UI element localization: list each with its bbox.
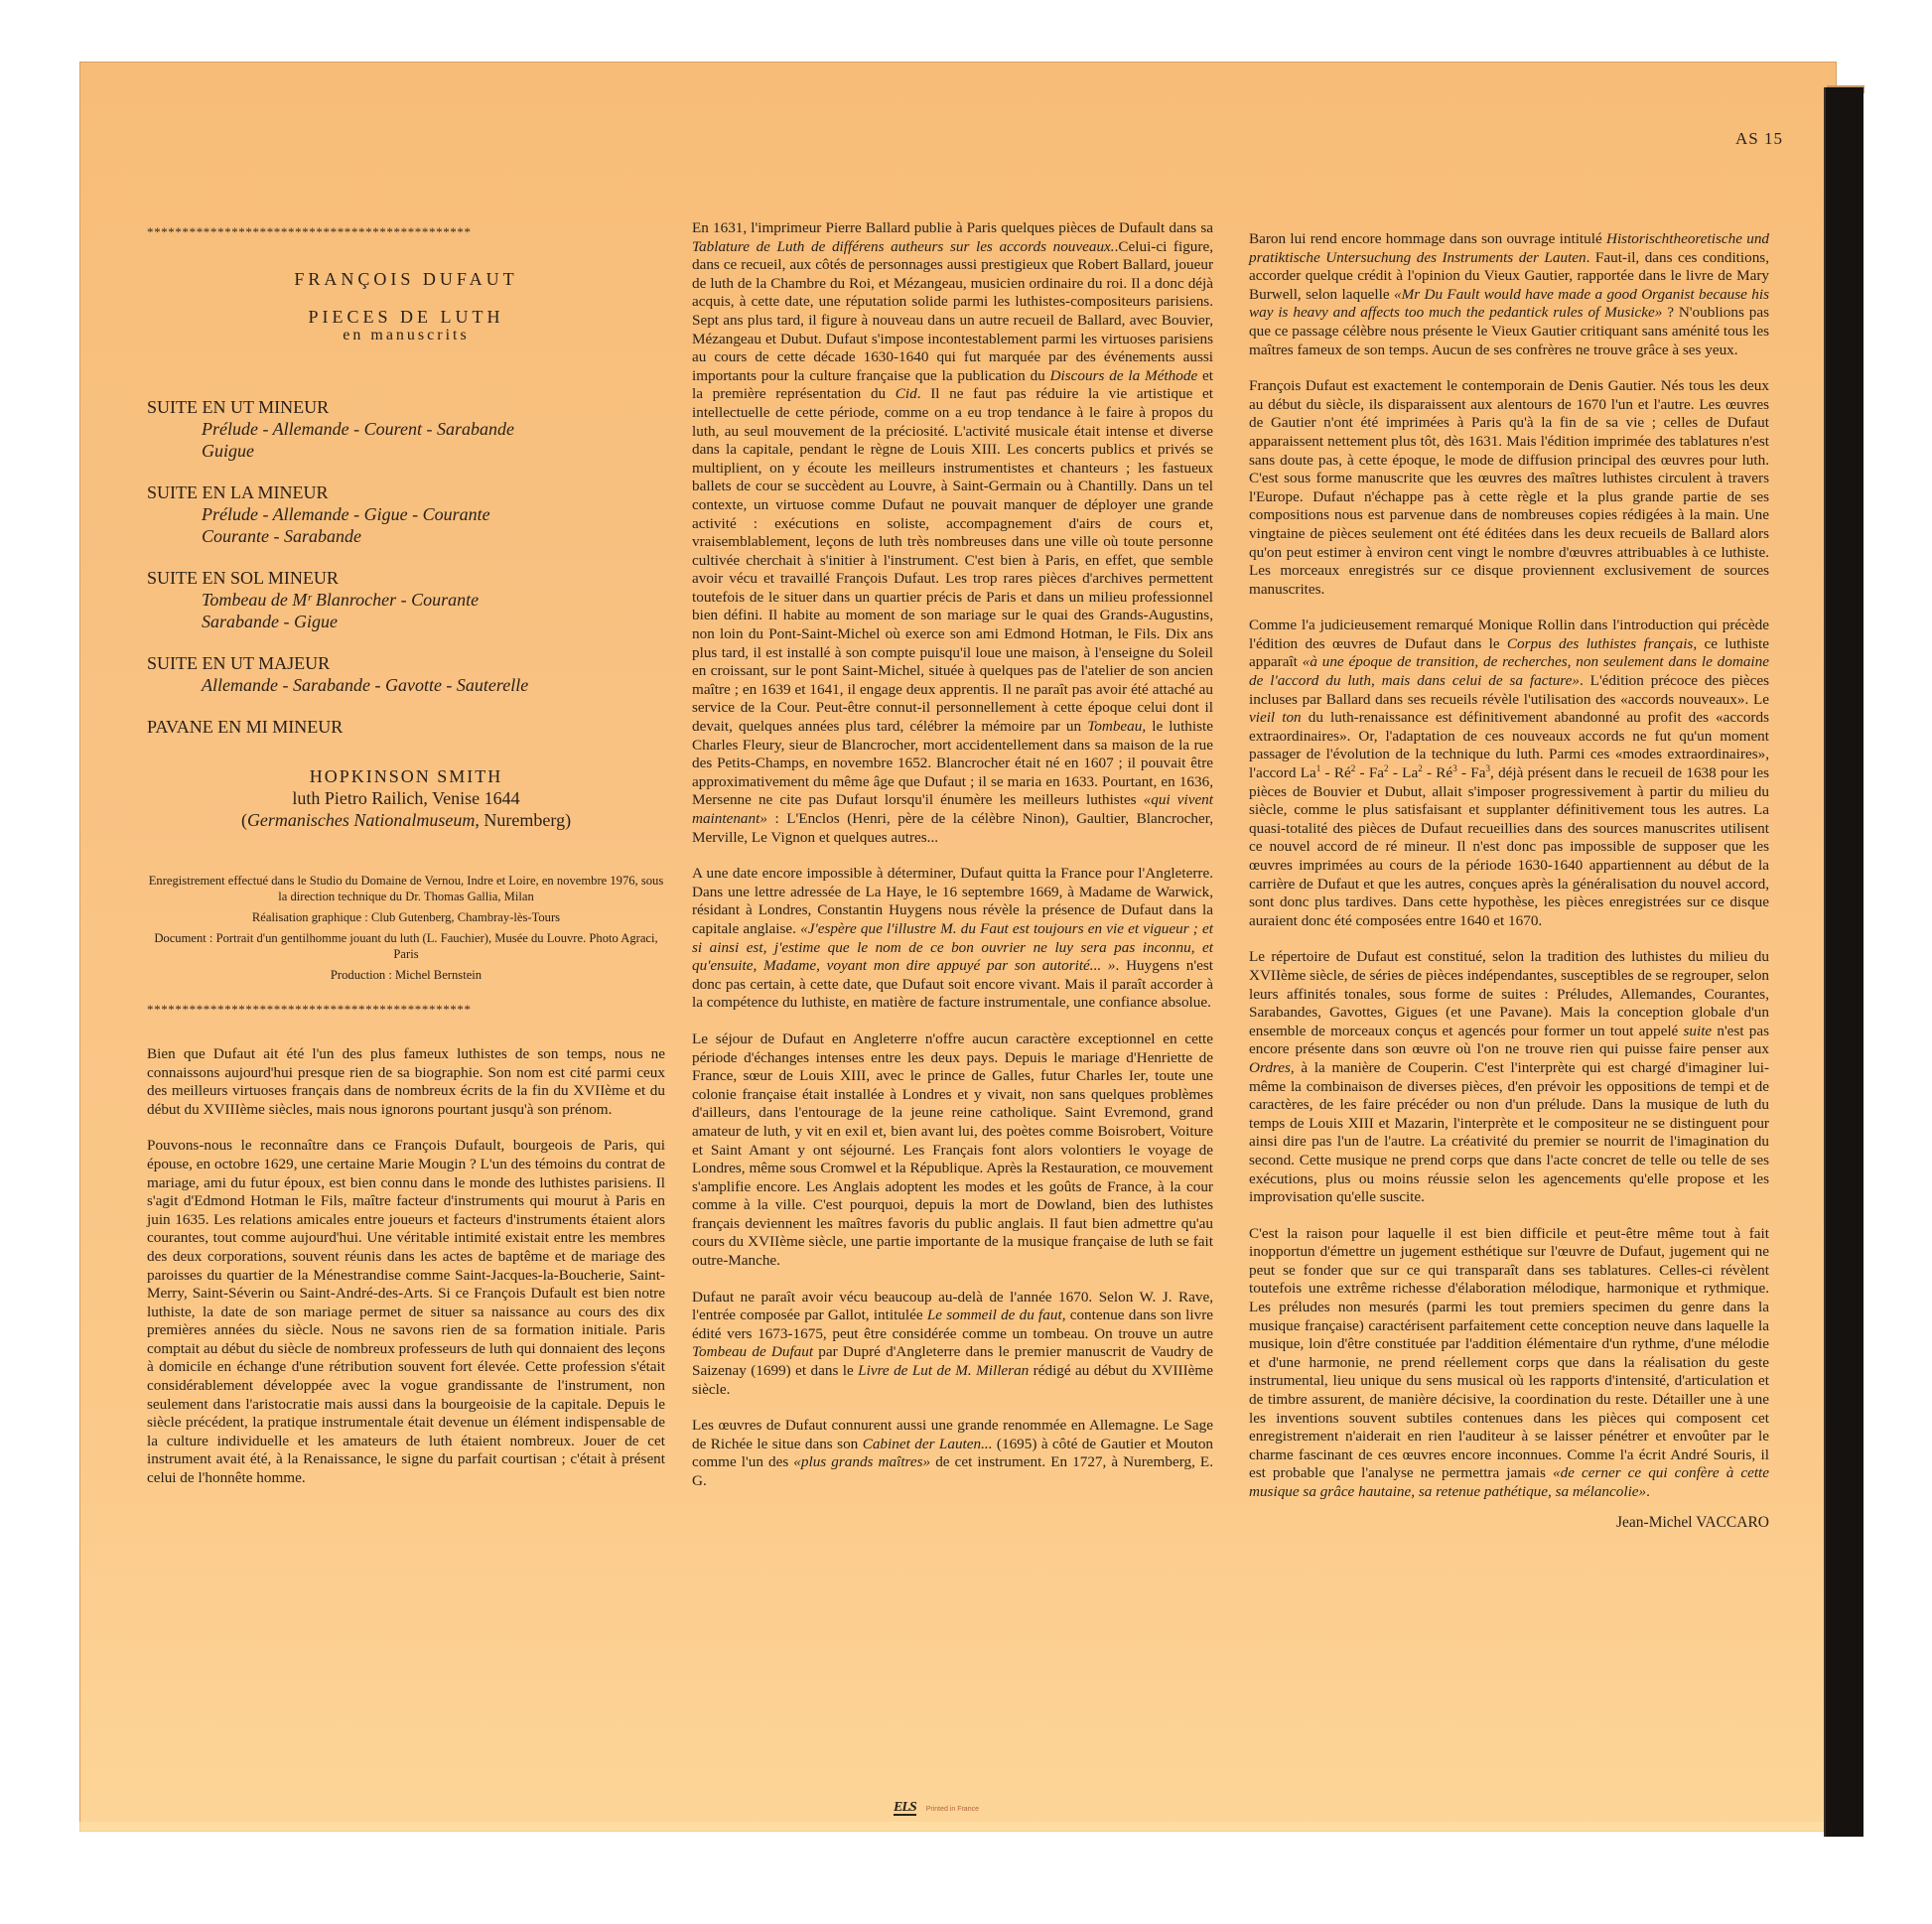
suite-title: SUITE EN UT MAJEUR xyxy=(147,652,665,674)
paragraph: Les œuvres de Dufaut connurent aussi une… xyxy=(692,1417,1213,1490)
suite-pieces: Sarabande - Gigue xyxy=(147,611,665,632)
performer-block: HOPKINSON SMITH luth Pietro Railich, Ven… xyxy=(147,765,665,831)
star-divider-bottom: ****************************************… xyxy=(147,1001,683,1020)
paragraph: Pouvons-nous le reconnaître dans ce Fran… xyxy=(147,1137,665,1487)
paragraph: C'est la raison pour laquelle il est bie… xyxy=(1249,1225,1769,1502)
star-divider-top: ****************************************… xyxy=(147,223,683,242)
author-signature: Jean-Michel VACCARO xyxy=(1249,1514,1769,1533)
suite-entry: SUITE EN LA MINEURPrélude - Allemande - … xyxy=(147,481,665,547)
paragraph: Baron lui rend encore hommage dans son o… xyxy=(1249,230,1769,359)
suite-pieces: Tombeau de Mʳ Blanrocher - Courante xyxy=(147,589,665,611)
footer-imprint: ELS Printed in France xyxy=(894,1802,979,1816)
liner-notes-part3: Baron lui rend encore hommage dans son o… xyxy=(1249,230,1769,1502)
suite-title: SUITE EN LA MINEUR xyxy=(147,481,665,503)
album-subtitle: en manuscrits xyxy=(147,327,665,345)
suite-entry: SUITE EN UT MINEURPrélude - Allemande - … xyxy=(147,396,665,462)
suite-pieces: Prélude - Allemande - Gigue - Courante xyxy=(147,503,665,525)
paragraph: Le séjour de Dufaut en Angleterre n'offr… xyxy=(692,1031,1213,1271)
suite-pieces: Courante - Sarabande xyxy=(147,525,665,547)
track-program: SUITE EN UT MINEURPrélude - Allemande - … xyxy=(147,396,665,738)
composer-name: FRANÇOIS DUFAUT xyxy=(147,270,665,289)
column-middle: En 1631, l'imprimeur Pierre Ballard publ… xyxy=(692,219,1213,1509)
credit-line: Production : Michel Bernstein xyxy=(147,967,665,983)
paragraph: François Dufaut est exactement le contem… xyxy=(1249,377,1769,599)
paragraph: En 1631, l'imprimeur Pierre Ballard publ… xyxy=(692,219,1213,847)
credit-line: Réalisation graphique : Club Gutenberg, … xyxy=(147,909,665,925)
printed-in-france: Printed in France xyxy=(926,1806,979,1813)
credit-line: Document : Portrait d'un gentilhomme jou… xyxy=(147,930,665,962)
sleeve-spine xyxy=(1824,87,1863,1837)
paragraph: Dufaut ne paraît avoir vécu beaucoup au-… xyxy=(692,1289,1213,1400)
suite-title: PAVANE EN MI MINEUR xyxy=(147,716,665,738)
instrument-collection: (Germanisches Nationalmuseum, Nuremberg) xyxy=(147,809,665,831)
suite-entry: PAVANE EN MI MINEUR xyxy=(147,716,665,738)
suite-pieces: Allemande - Sarabande - Gavotte - Sauter… xyxy=(147,674,665,696)
suite-pieces: Guigue xyxy=(147,440,665,462)
production-credits: Enregistrement effectué dans le Studio d… xyxy=(147,873,665,983)
performer-name: HOPKINSON SMITH xyxy=(147,765,665,787)
catalog-number: AS 15 xyxy=(1735,129,1783,149)
credit-line: Enregistrement effectué dans le Studio d… xyxy=(147,873,665,904)
column-left: ****************************************… xyxy=(147,223,665,1506)
column-right: Baron lui rend encore hommage dans son o… xyxy=(1249,230,1769,1532)
suite-title: SUITE EN SOL MINEUR xyxy=(147,567,665,589)
paragraph: Le répertoire de Dufaut est constitué, s… xyxy=(1249,948,1769,1206)
label-logo-icon: ELS xyxy=(894,1802,916,1816)
paragraph: Comme l'a judicieusement remarqué Moniqu… xyxy=(1249,617,1769,930)
instrument-info: luth Pietro Railich, Venise 1644 xyxy=(147,787,665,809)
suite-pieces: Prélude - Allemande - Courent - Saraband… xyxy=(147,418,665,440)
paragraph: Bien que Dufaut ait été l'un des plus fa… xyxy=(147,1045,665,1119)
album-title: PIECES DE LUTH xyxy=(147,308,665,327)
suite-entry: SUITE EN SOL MINEURTombeau de Mʳ Blanroc… xyxy=(147,567,665,632)
liner-notes-part2: En 1631, l'imprimeur Pierre Ballard publ… xyxy=(692,219,1213,1491)
paragraph: A une date encore impossible à détermine… xyxy=(692,865,1213,1013)
suite-entry: SUITE EN UT MAJEURAllemande - Sarabande … xyxy=(147,652,665,696)
liner-notes-part1: Bien que Dufaut ait été l'un des plus fa… xyxy=(147,1045,665,1488)
suite-title: SUITE EN UT MINEUR xyxy=(147,396,665,418)
